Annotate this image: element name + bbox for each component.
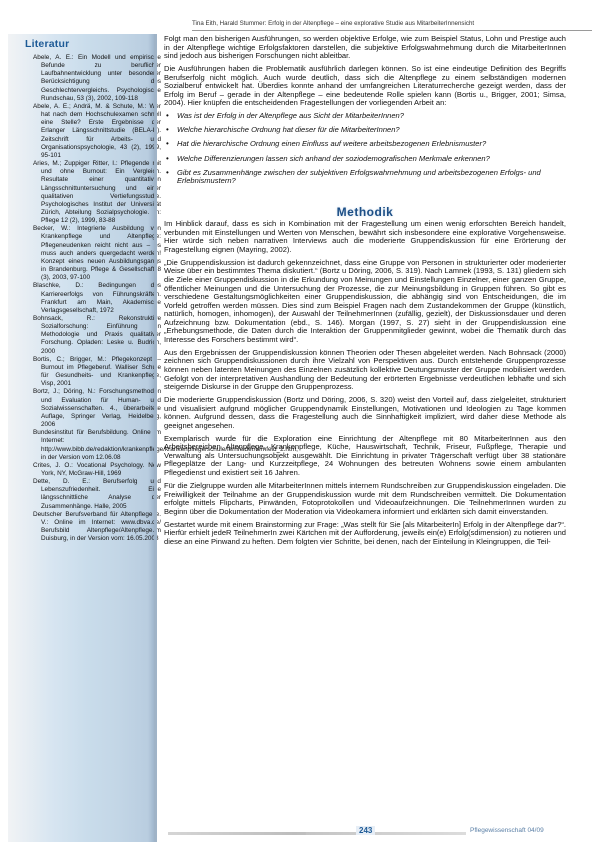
reference-item: Abele, A. E.; Andrä, M. & Schute, M.: We… (33, 103, 161, 160)
body-paragraph: Die moderierte Gruppendiskussion (Bortz … (164, 396, 566, 430)
reference-item: Dette, D. E.: Berufserfolg und Lebenszuf… (33, 478, 161, 511)
reference-item: Aries, M.; Zuppiger Ritter, I.: Pflegend… (33, 160, 161, 225)
main-text-column: Folgt man den bisherigen Ausführungen, s… (164, 35, 566, 551)
body-paragraph: Für die Zielgruppe wurden alle Mitarbeit… (164, 482, 566, 516)
journal-name: Pflegewissenschaft 04/09 (470, 827, 544, 834)
bullet-icon: • (166, 140, 169, 149)
reference-item: Bohnsack, R.: Rekonstruktive Sozialforsc… (33, 315, 161, 356)
body-paragraph: Folgt man den bisherigen Ausführungen, s… (164, 35, 566, 61)
reference-list: Abele, A. E.: Ein Modell und empirische … (33, 54, 161, 543)
running-header: Tina Eith, Harald Stummer: Erfolg in der… (192, 20, 592, 31)
bullet-icon: • (166, 126, 169, 135)
footer-rule-right (306, 832, 466, 835)
research-question: •Hat die hierarchische Ordnung einen Ein… (164, 140, 566, 149)
reference-item: Bortis, C.; Brigger, M.: Pflegekonzept –… (33, 356, 161, 389)
body-paragraph: Gestartet wurde mit einem Brainstorming … (164, 521, 566, 547)
research-questions-list: •Was ist der Erfolg in der Altenpflege a… (164, 112, 566, 185)
reference-item: Bundesinstitut für Berufsbildung. Online… (33, 429, 161, 462)
reference-item: Bortz, J.; Döring, N.: Forschungsmethode… (33, 388, 161, 429)
section-heading-methodik: Methodik (164, 208, 566, 217)
page-number: 243 (356, 826, 375, 835)
research-question: •Welche hierarchische Ordnung hat dieser… (164, 126, 566, 135)
body-paragraph: Die Ausführungen haben die Problematik a… (164, 65, 566, 108)
research-question: •Gibt es Zusammenhänge zwischen der subj… (164, 169, 566, 186)
literature-sidebar: Literatur Abele, A. E.: Ein Modell und e… (8, 34, 156, 842)
research-question: •Was ist der Erfolg in der Altenpflege a… (164, 112, 566, 121)
sidebar-title: Literatur (25, 38, 69, 50)
research-question: •Welche Differenzierungen lassen sich an… (164, 155, 566, 164)
bullet-icon: • (166, 112, 169, 121)
body-paragraph: „Die Gruppendiskussion ist dadurch geken… (164, 259, 566, 344)
reference-item: Crites, J. O.: Vocational Psychology. Ne… (33, 462, 161, 478)
body-paragraph: Im Hinblick darauf, dass es sich in Komb… (164, 220, 566, 254)
bullet-icon: • (166, 169, 169, 178)
reference-item: Abele, A. E.: Ein Modell und empirische … (33, 54, 161, 103)
sidebar-divider (154, 34, 157, 842)
body-paragraph: Exemplarisch wurde für die Exploration e… (164, 435, 566, 478)
reference-item: Deutscher Berufsverband für Altenpflege … (33, 511, 161, 544)
bullet-icon: • (166, 155, 169, 164)
reference-item: Blaschke, D.: Bedingungen des Karriereer… (33, 282, 161, 315)
running-title: Tina Eith, Harald Stummer: Erfolg in der… (192, 20, 474, 27)
reference-item: Becker, W.: Integrierte Ausbildung von K… (33, 225, 161, 282)
body-paragraph: Aus den Ergebnissen der Gruppendiskussio… (164, 349, 566, 392)
